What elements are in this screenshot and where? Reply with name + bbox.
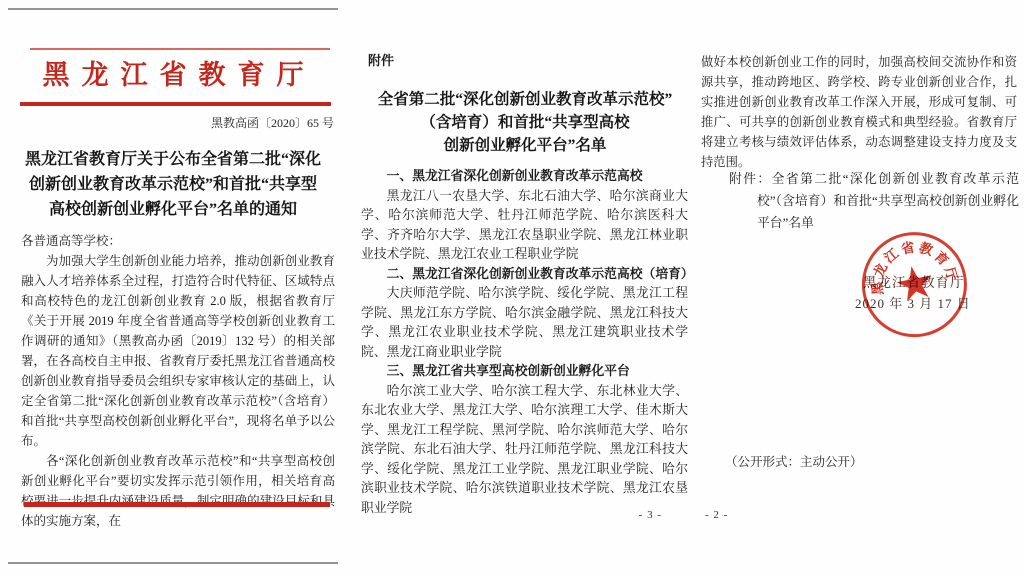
notice-paragraph-3: 做好本校创新创业工作的同时，加强高校间交流协作和资源共享，推动跨地区、跨学校、跨… <box>701 52 1017 172</box>
section-3-school-list: 哈尔滨工业大学、哈尔滨工程大学、东北林业大学、东北农业大学、黑龙江大学、哈尔滨理… <box>361 382 688 519</box>
salutation: 各普通高等学校： <box>21 231 335 251</box>
page1-thin-red-rule <box>30 48 330 50</box>
attachment-title: 全省第二批“深化创新创业教育改革示范校” （含培育）和首批“共享型高校 创新创业… <box>360 88 690 157</box>
attachment-body: 一、黑龙江省深化创新创业教育改革示范高校 黑龙江八一农垦大学、东北石油大学、哈尔… <box>361 167 688 518</box>
agency-header: 黑龙江省教育厅 <box>8 53 338 92</box>
attachment-title-line-3: 创新创业孵化平台”名单 <box>360 134 690 157</box>
page1-bottom-border <box>8 562 338 564</box>
document-number: 黑教高函〔2020〕65 号 <box>211 114 334 131</box>
attachment-reference: 附件：全省第二批“深化创新创业教育改革示范校”（含培育）和首批“共享型高校创新创… <box>701 168 1019 234</box>
disclosure-type: （公开形式：主动公开） <box>725 452 863 470</box>
seal-arc-char: 省 <box>899 236 916 258</box>
page2-page-number: - 2 - <box>705 509 728 521</box>
section-2-school-list: 大庆师范学院、哈尔滨学院、绥化学院、黑龙江工程学院、黑龙江东方学院、哈尔滨金融学… <box>361 284 688 362</box>
notice-title: 黑龙江省教育厅关于公布全省第二批“深化 创新创业教育改革示范校”和首批“共享型 … <box>8 147 338 222</box>
section-2-heading: 二、黑龙江省深化创新创业教育改革示范高校（培育） <box>361 265 688 285</box>
attachment-label: 附件 <box>368 50 394 69</box>
header-red-underline <box>20 102 331 106</box>
notice-page-1: 黑龙江省教育厅 黑教高函〔2020〕65 号 黑龙江省教育厅关于公布全省第二批“… <box>8 0 338 576</box>
page3-page-number: - 3 - <box>639 509 662 521</box>
notice-title-line-2: 创新创业教育改革示范校”和首批“共享型 <box>8 172 338 197</box>
attachment-title-line-2: （含培育）和首批“共享型高校 <box>360 111 690 134</box>
document-viewer: 黑龙江省教育厅 黑教高函〔2020〕65 号 黑龙江省教育厅关于公布全省第二批“… <box>0 0 1024 576</box>
notice-title-line-3: 高校创新创业孵化平台”名单的通知 <box>8 197 338 222</box>
notice-paragraph-2: 各“深化创新创业教育改革示范校”和“共享型高校创新创业孵化平台”要切实发挥示范引… <box>21 451 335 531</box>
page1-bottom-red-rule <box>24 502 330 507</box>
attachment-title-line-1: 全省第二批“深化创新创业教育改革示范校” <box>360 88 690 111</box>
notice-paragraph-1: 为加强大学生创新创业能力培养，推动创新创业教育融入人才培养体系全过程，打造符合时… <box>21 251 335 451</box>
official-seal: ★ 黑 龙 江 省 教 育 厅 <box>853 223 977 347</box>
notice-body: 各普通高等学校： 为加强大学生创新创业能力培养，推动创新创业教育融入人才培养体系… <box>21 231 335 531</box>
attachment-page-3: 附件 全省第二批“深化创新创业教育改革示范校” （含培育）和首批“共享型高校 创… <box>360 0 690 576</box>
notice-page-2: 做好本校创新创业工作的同时，加强高校间交流协作和资源共享，推动跨地区、跨学校、跨… <box>695 0 1024 576</box>
section-1-school-list: 黑龙江八一农垦大学、东北石油大学、哈尔滨商业大学、哈尔滨师范大学、牡丹江师范学院… <box>361 187 688 265</box>
seal-arc-char: 黑 <box>866 281 887 296</box>
section-3-heading: 三、黑龙江省共享型高校创新创业孵化平台 <box>361 362 688 382</box>
notice-title-line-1: 黑龙江省教育厅关于公布全省第二批“深化 <box>8 147 338 172</box>
notice-continuation: 做好本校创新创业工作的同时，加强高校间交流协作和资源共享，推动跨地区、跨学校、跨… <box>701 52 1017 172</box>
section-1-heading: 一、黑龙江省深化创新创业教育改革示范高校 <box>361 167 688 187</box>
page1-top-border <box>8 8 338 10</box>
seal-star-icon: ★ <box>890 257 939 310</box>
